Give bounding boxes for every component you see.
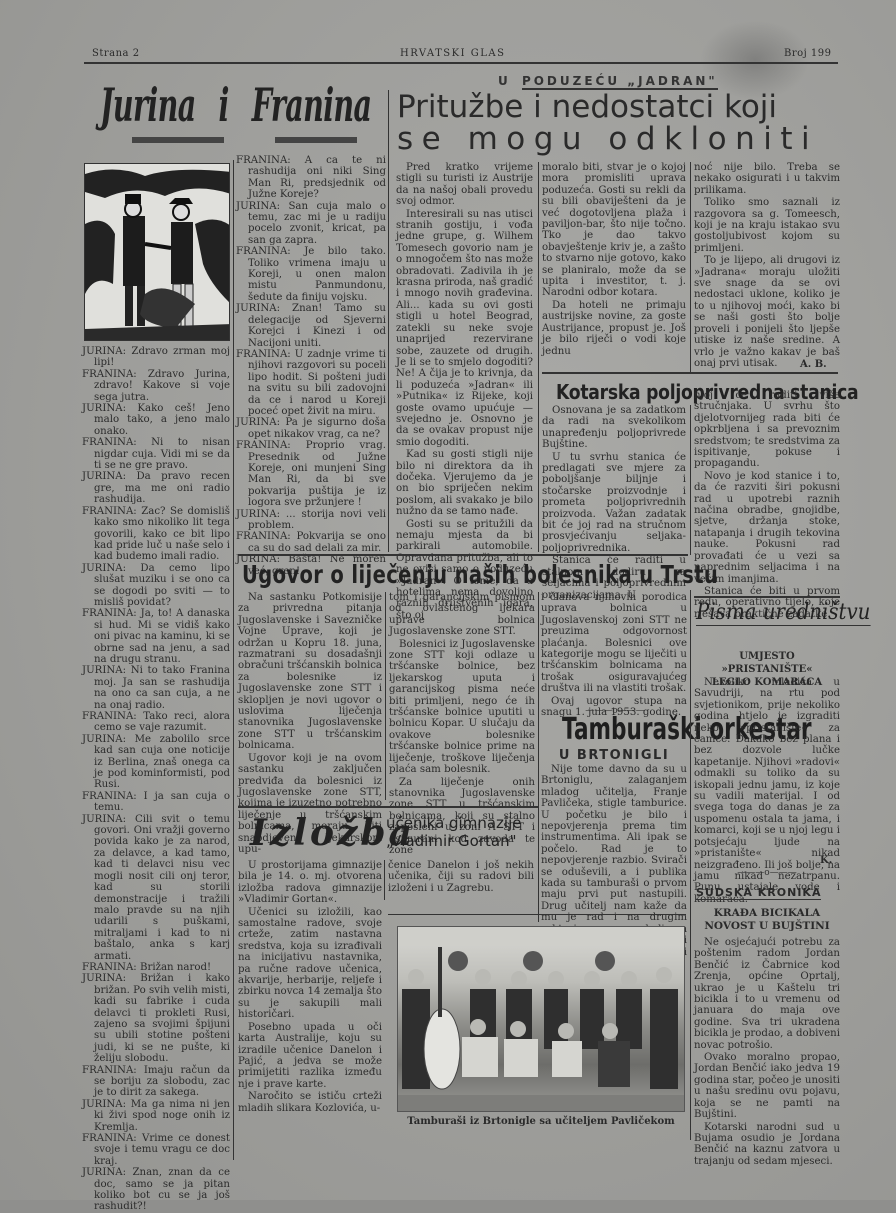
- pisma-signature: K.: [820, 855, 832, 866]
- izlozba-column-1: U prostorijama gimnazije bila je 14. o. …: [238, 860, 382, 1115]
- paragraph: To je lijepo, ali drugovi iz »Jadrana« m…: [694, 255, 840, 369]
- jadran-headline: Pritužbe i nedostatci koji se mogu odklo…: [397, 91, 818, 155]
- paragraph: Bolesnici iz Jugoslavenske zone STT koji…: [389, 639, 535, 776]
- izlozba-column-2: čenice Danelon i još nekih učenika, čiji…: [388, 860, 534, 895]
- paragraph: Pred kratko vrijeme stigli su turisti iz…: [396, 162, 533, 208]
- dialog-line: JURINA: Pa je sigurno doša opet nikakov …: [236, 417, 386, 440]
- jadran-kicker: U PODUZEĆU „JADRAN": [498, 74, 718, 88]
- dialog-line: FRANINA: Imaju račun da se boriju za slo…: [82, 1065, 230, 1099]
- title-underline-left: [132, 137, 224, 143]
- paragraph: Ne osjećajući potrebu za poštenim radom …: [694, 937, 840, 1051]
- dialog-line: JURINA: Da cemo lipo slušat muziku i se …: [82, 563, 230, 609]
- dialog-line: FRANINA: Je bilo tako. Toliko vrimena im…: [236, 246, 386, 303]
- dialog-line: FRANINA: Brižan narod!: [82, 962, 230, 973]
- dialog-line: JURINA: Me zabolilo srce kad san cuja on…: [82, 734, 230, 791]
- tamburasi-group-photo: [397, 926, 685, 1112]
- dialog-line: JURINA: Zdravo zrman moj lipi!: [82, 346, 230, 369]
- section-rule: [238, 806, 538, 808]
- column-divider: [384, 860, 385, 900]
- paragraph: Posebno upada u oči karta Australije, ko…: [238, 1022, 382, 1090]
- paragraph: Učenici su izložili, kao samostalne rado…: [238, 907, 382, 1021]
- dialog-line: JURINA: San cuja malo o temu, zac mi je …: [236, 201, 386, 247]
- dialog-column-2: FRANINA: A ca te ni rashudija oni niki S…: [236, 155, 386, 577]
- group-photo-icon: [398, 927, 685, 1112]
- dialog-line: FRANINA: U zadnje vrime ti njihovi razgo…: [236, 349, 386, 417]
- ornament-separator: ———o———: [694, 868, 840, 878]
- column-divider: [690, 590, 691, 1140]
- page-number: Strana 2: [92, 48, 140, 59]
- title-jurina: Jurina: [100, 78, 196, 132]
- section-rule: [238, 554, 688, 556]
- headline-line-1: KRAĐA BICIKALA: [694, 907, 840, 920]
- headline-line-1: UMJESTO »PRISTANIŠTE«: [694, 650, 840, 676]
- dialog-line: FRANINA: A ca te ni rashudija oni niki S…: [236, 155, 386, 201]
- paragraph: Naročito se ističu crteži mladih slikara…: [238, 1091, 382, 1114]
- paragraph: U prostorijama gimnazije bila je 14. o. …: [238, 860, 382, 906]
- dialog-line: JURINA: Kako ceš! Jeno malo tako, a jeno…: [82, 403, 230, 437]
- paragraph: tom i garancijskim pismom od ovlaštenog …: [389, 592, 535, 638]
- paragraph: Interesirali su nas utisci stranih gosti…: [396, 209, 533, 449]
- column-divider: [385, 592, 386, 800]
- dialog-line: FRANINA: I ja san cuja o temu.: [82, 791, 230, 814]
- paragraph: Ovako moralno propao, Jordan Benčić iako…: [694, 1052, 840, 1120]
- paper-name: HRVATSKI GLAS: [400, 48, 505, 59]
- pisma-section-title: Pisma uredništvu: [696, 600, 870, 626]
- dialog-line: JURINA: Ma ga nima ni jen ki živi spod n…: [82, 1099, 230, 1133]
- section-rule: [388, 914, 686, 915]
- jadran-column-2: moralo biti, stvar je o kojoj mora promi…: [542, 162, 686, 358]
- paragraph: čenice Danelon i još nekih učenika, čiji…: [388, 860, 534, 894]
- paragraph: noć nije bilo. Treba se nekako osigurati…: [694, 162, 840, 196]
- kicker-prefix: U: [498, 74, 511, 88]
- dialog-line: JURINA: Da pravo recen gre, ma me oni ra…: [82, 471, 230, 505]
- photo-caption: Tamburaši iz Brtonigle sa učiteljem Pavl…: [397, 1116, 685, 1127]
- dialog-column-1: JURINA: Zdravo zrman moj lipi! FRANINA: …: [82, 346, 230, 1200]
- two-men-woodcut-icon: [85, 164, 230, 341]
- section-rule: [694, 596, 840, 598]
- dialog-line: JURINA: Znan, znan da ce doc, samo se ja…: [82, 1167, 230, 1200]
- paragraph: Da hoteli ne primaju austrijske novine, …: [542, 300, 686, 357]
- kicker-text: PODUZEĆU „JADRAN": [522, 74, 718, 90]
- paragraph: moralo biti, stvar je o kojoj mora promi…: [542, 162, 686, 299]
- dialog-line: JURINA: Znan! Tamo su delegacije od Sjev…: [236, 303, 386, 349]
- issue-number: Broj 199: [784, 48, 832, 59]
- title-and: i: [219, 78, 229, 132]
- sudska-section-title: SUDSKA KRONIKA: [696, 886, 821, 900]
- newspaper-page: Strana 2 HRVATSKI GLAS Broj 199 Jurina i…: [0, 0, 896, 1200]
- column-divider: [690, 405, 691, 555]
- dialog-line: JURINA: Ni to tako Franina moj. Ja san s…: [82, 665, 230, 711]
- header-rule: [84, 62, 838, 64]
- dialog-line: JURINA: Cili svit o temu govori. Oni vra…: [82, 814, 230, 962]
- dialog-line: FRANINA: Zac? Se domisliš kako smo nikol…: [82, 506, 230, 563]
- dialog-line: FRANINA: Tako reci, alora cemo se vaje r…: [82, 711, 230, 734]
- dialog-line: FRANINA: Ni to nisan nigdar cuja. Vidi m…: [82, 437, 230, 471]
- dialog-line: FRANINA: Ja, to! A danaska si hud. Mi se…: [82, 608, 230, 665]
- paragraph: i članova njihovih porodica uprava bolni…: [541, 592, 687, 695]
- title-franina: Franina: [252, 78, 372, 132]
- ugovor-column-3: i članova njihovih porodica uprava bolni…: [541, 592, 687, 719]
- dialog-line: FRANINA: Pokvarija se ono ca su do sad d…: [236, 531, 386, 554]
- tamburaski-subhead: U BRTONIGLI: [541, 748, 687, 763]
- column-divider: [690, 162, 691, 372]
- paragraph: Toliko smo saznali iz razgovora sa g. To…: [694, 197, 840, 254]
- jadran-column-3: noć nije bilo. Treba se nekako osigurati…: [694, 162, 840, 370]
- paragraph: Kad su gosti stigli nije bilo ni direkto…: [396, 449, 533, 517]
- column-divider: [538, 162, 539, 552]
- column-title: Jurina i Franina: [100, 78, 371, 132]
- headline-line-2: se mogu odkloniti: [397, 123, 818, 155]
- headline-line-2: NOVOST U BUJŠTINI: [694, 920, 840, 933]
- dialog-line: FRANINA: Proprio vrag. Presednik od Južn…: [236, 440, 386, 508]
- dialog-line: JURINA: Brižan i kako brižan. Po svih ve…: [82, 973, 230, 1064]
- jadran-signature: A. B.: [800, 359, 827, 370]
- subtitle-line-1: učenika gimnazije: [386, 814, 521, 832]
- title-underline-right: [275, 137, 357, 143]
- sudska-headline: KRAĐA BICIKALA NOVOST U BUJŠTINI: [694, 907, 840, 933]
- section-rule: [542, 372, 838, 374]
- sudska-body: Ne osjećajući potrebu za poštenim radom …: [694, 937, 840, 1168]
- paragraph: Na sastanku Potkomisije za privredna pit…: [238, 592, 382, 752]
- column-divider: [538, 592, 539, 922]
- paragraph: njoj će raditi više stručnjaka. U svrhu …: [694, 390, 840, 470]
- izlozba-subtitle: učenika gimnazije „Vladimir Gortan": [386, 814, 521, 850]
- dialog-line: FRANINA: Zdravo Jurina, zdravo! Kakove s…: [82, 369, 230, 403]
- column-divider: [233, 160, 234, 1160]
- paragraph: Osnovana je sa zadatkom da radi na sveko…: [542, 405, 686, 451]
- woodcut-illustration: [84, 163, 230, 341]
- dialog-line: JURINA: ... storija novi veli problem.: [236, 509, 386, 532]
- ugovor-headline: Ugovor o liječenju naših bolesnika u Trs…: [242, 560, 718, 589]
- paragraph: Kotarski narodni sud u Bujama osudio je …: [694, 1122, 840, 1168]
- dialog-line: FRANINA: Vrime ce donest svoje i temu vr…: [82, 1133, 230, 1167]
- headline-line-1: Pritužbe i nedostatci koji: [397, 91, 818, 123]
- paragraph: U tu svrhu stanica će predlagati sve mje…: [542, 452, 686, 555]
- subtitle-line-2: „Vladimir Gortan": [386, 832, 521, 850]
- column-divider: [388, 90, 389, 552]
